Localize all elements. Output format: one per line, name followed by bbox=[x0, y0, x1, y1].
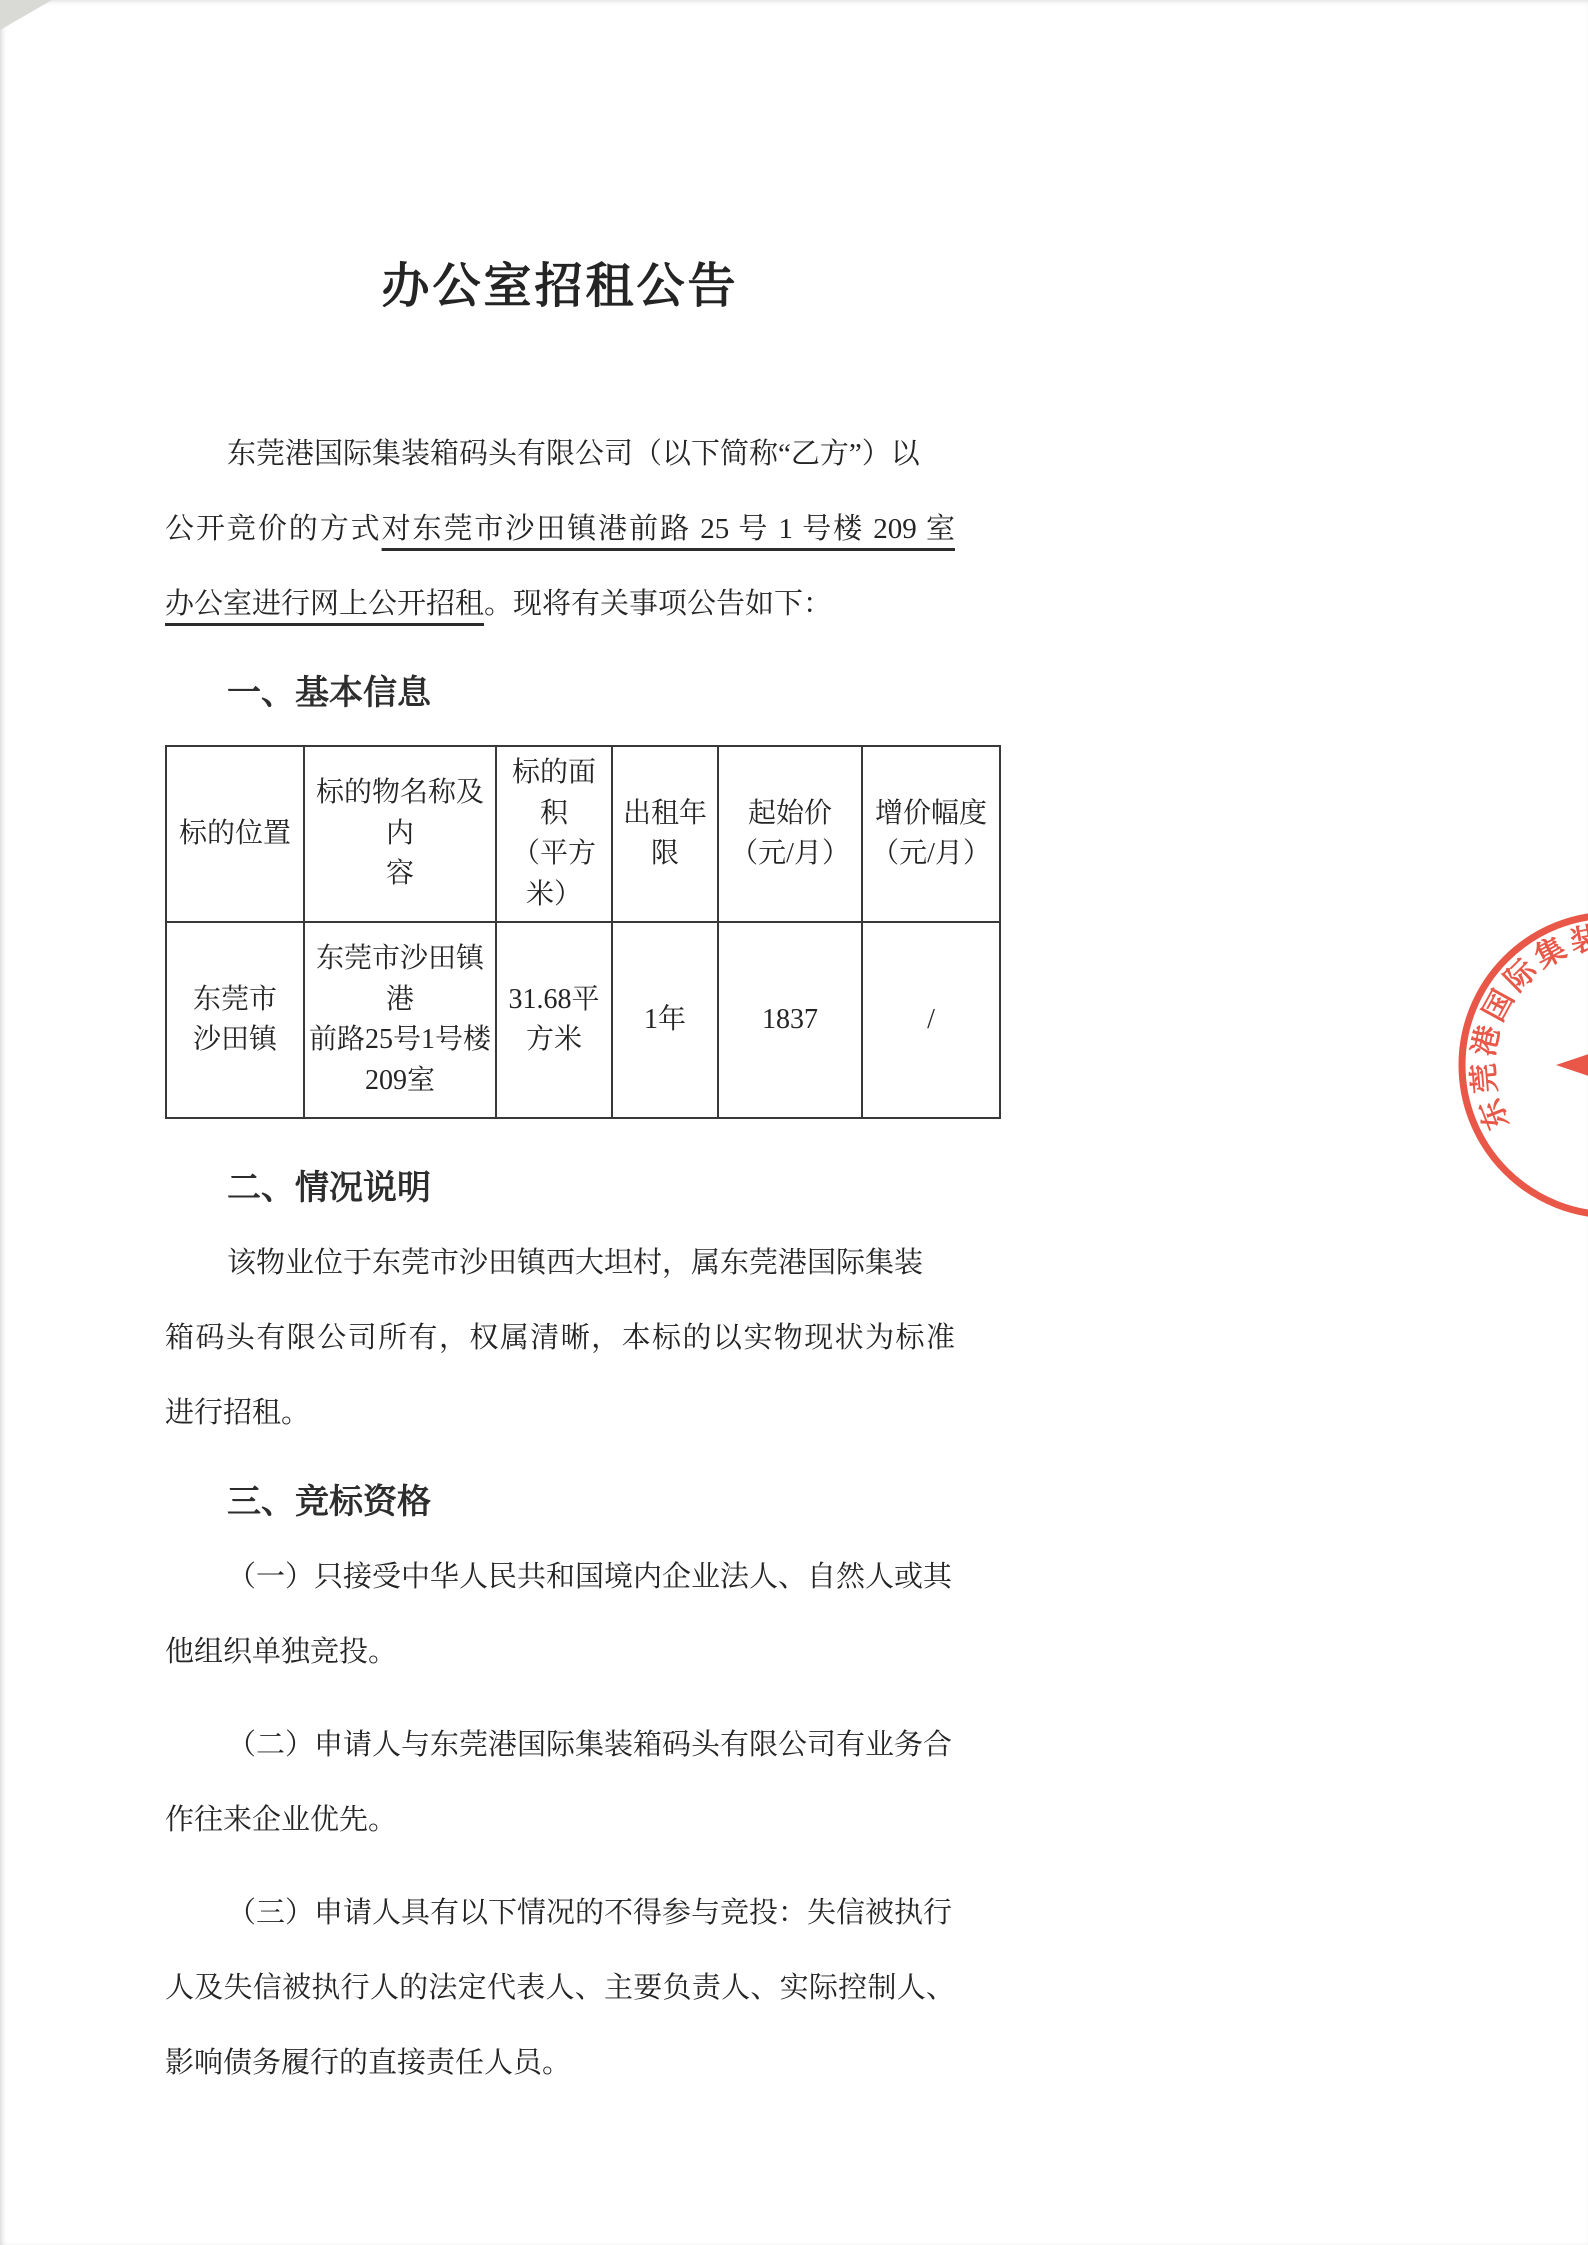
stamp-company-text: 东莞港国际集装箱码头有限公司 bbox=[1467, 920, 1588, 1134]
header-cell-term: 出租年 限 bbox=[612, 746, 718, 922]
section3: 三、竞标资格 （一）只接受中华人民共和国境内企业法人、自然人或其 他组织单独竞投… bbox=[165, 1465, 955, 2101]
cell-area: 31.68平 方米 bbox=[496, 922, 612, 1118]
item2-line-2: 作往来企业优先。 bbox=[165, 1783, 955, 1858]
item3-line-3: 影响债务履行的直接责任人员。 bbox=[165, 2026, 955, 2101]
header-cell-increment: 增价幅度 （元/月） bbox=[862, 746, 1000, 922]
section2: 二、情况说明 该物业位于东莞市沙田镇西大坦村，属东莞港国际集装 箱码头有限公司所… bbox=[165, 1151, 955, 1451]
intro-line2-underlined: 对东莞市沙田镇港前路 25 号 1 号楼 209 室 bbox=[382, 513, 955, 545]
table-data-row: 东莞市 沙田镇 东莞市沙田镇港 前路25号1号楼 209室 31.68平 方米 … bbox=[166, 922, 1000, 1118]
cell-start-price: 1837 bbox=[718, 922, 862, 1118]
item3-line-1: （三）申请人具有以下情况的不得参与竞投：失信被执行 bbox=[165, 1876, 955, 1951]
document-content: 办公室招租公告 东莞港国际集装箱码头有限公司（以下简称“乙方”）以 公开竞价的方… bbox=[165, 0, 955, 2101]
table-header-row: 标的位置 标的物名称及内 容 标的面积 （平方 米） 出租年 限 起始价 （元/… bbox=[166, 746, 1000, 922]
stamp-text-ring: 东莞港国际集装箱码头有限公司 bbox=[1467, 920, 1588, 1134]
intro-line-3: 办公室进行网上公开招租。现将有关事项公告如下： bbox=[165, 567, 955, 642]
item2-line-1: （二）申请人与东莞港国际集装箱码头有限公司有业务合 bbox=[165, 1708, 955, 1783]
document-page: 办公室招租公告 东莞港国际集装箱码头有限公司（以下简称“乙方”）以 公开竞价的方… bbox=[0, 0, 1588, 2245]
intro-line3-underlined: 办公室进行网上公开招租 bbox=[165, 588, 484, 620]
scan-corner-artifact bbox=[0, 0, 52, 30]
page-title: 办公室招租公告 bbox=[165, 252, 955, 322]
item1-line-1: （一）只接受中华人民共和国境内企业法人、自然人或其 bbox=[165, 1540, 955, 1615]
header-cell-start-price: 起始价 （元/月） bbox=[718, 746, 862, 922]
intro-line3-plain: 。现将有关事项公告如下： bbox=[484, 588, 832, 620]
item1-line-2: 他组织单独竞投。 bbox=[165, 1615, 955, 1690]
header-cell-name: 标的物名称及内 容 bbox=[304, 746, 496, 922]
header-cell-location: 标的位置 bbox=[166, 746, 304, 922]
basic-info-table: 标的位置 标的物名称及内 容 标的面积 （平方 米） 出租年 限 起始价 （元/… bbox=[165, 745, 1001, 1119]
cell-term: 1年 bbox=[612, 922, 718, 1118]
intro-line-2: 公开竞价的方式对东莞市沙田镇港前路 25 号 1 号楼 209 室 bbox=[165, 492, 955, 567]
intro-line-1: 东莞港国际集装箱码头有限公司（以下简称“乙方”）以 bbox=[165, 417, 955, 492]
cell-name: 东莞市沙田镇港 前路25号1号楼 209室 bbox=[304, 922, 496, 1118]
section3-heading: 三、竞标资格 bbox=[165, 1465, 955, 1540]
section1-heading: 一、基本信息 bbox=[165, 656, 955, 731]
cell-increment: / bbox=[862, 922, 1000, 1118]
section2-heading: 二、情况说明 bbox=[165, 1151, 955, 1226]
section2-line-3: 进行招租。 bbox=[165, 1376, 955, 1451]
intro-paragraph: 东莞港国际集装箱码头有限公司（以下简称“乙方”）以 公开竞价的方式对东莞市沙田镇… bbox=[165, 417, 955, 642]
item3-line-2: 人及失信被执行人的法定代表人、主要负责人、实际控制人、 bbox=[165, 1951, 955, 2026]
cell-location: 东莞市 沙田镇 bbox=[166, 922, 304, 1118]
header-cell-area: 标的面积 （平方 米） bbox=[496, 746, 612, 922]
section2-line-1: 该物业位于东莞市沙田镇西大坦村，属东莞港国际集装 bbox=[165, 1226, 955, 1301]
intro-line2-plain: 公开竞价的方式 bbox=[165, 513, 382, 545]
section2-line-2: 箱码头有限公司所有，权属清晰，本标的以实物现状为标准 bbox=[165, 1301, 955, 1376]
company-seal-stamp: 东莞港国际集装箱码头有限公司 bbox=[1440, 893, 1588, 1237]
star-icon bbox=[1556, 1012, 1588, 1119]
